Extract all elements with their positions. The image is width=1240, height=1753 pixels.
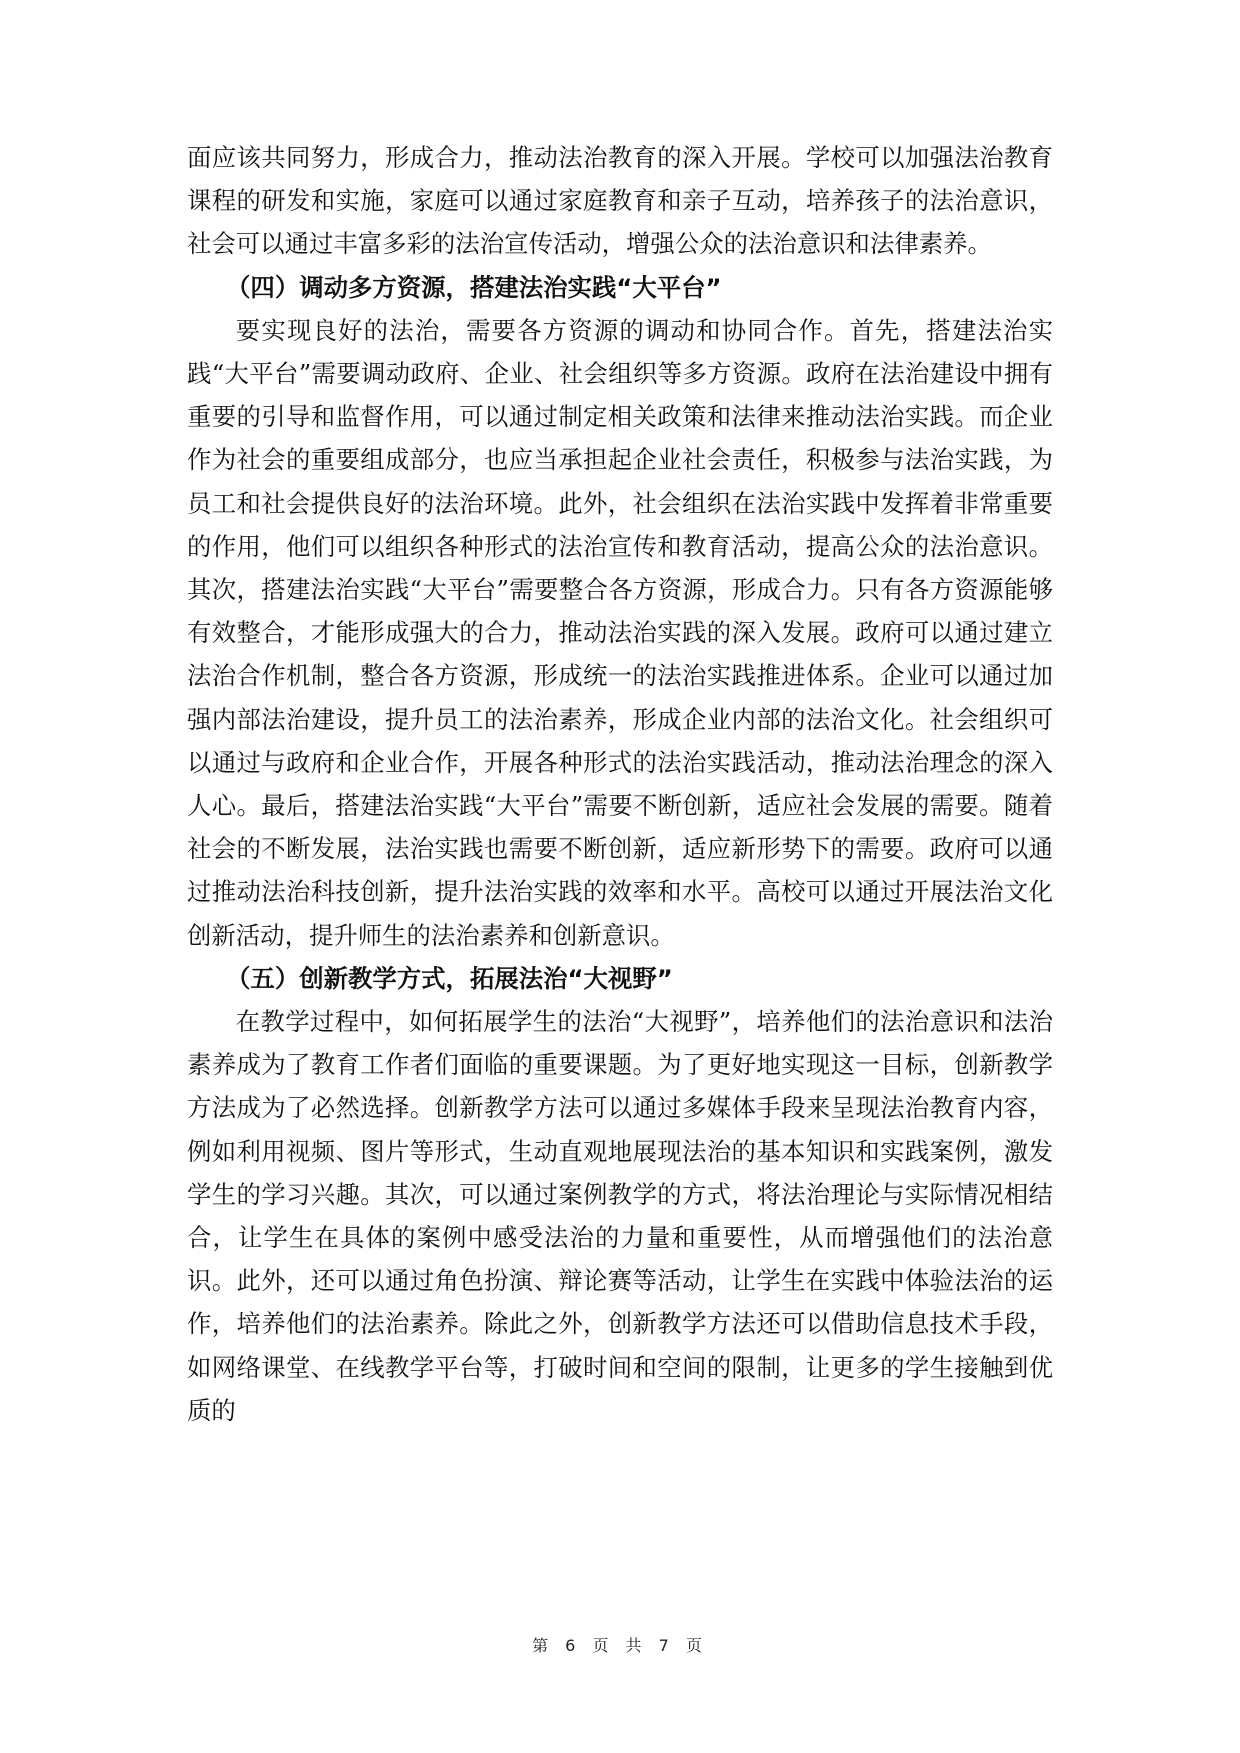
paragraph-section-5: 在教学过程中，如何拓展学生的法治“大视野”，培养他们的法治意识和法治素养成为了教…: [187, 1000, 1053, 1432]
section-heading-4: （四）调动多方资源，搭建法治实践“大平台”: [187, 266, 1053, 309]
document-body: 面应该共同努力，形成合力，推动法治教育的深入开展。学校可以加强法治教育课程的研发…: [187, 136, 1053, 1432]
paragraph-section-4: 要实现良好的法治，需要各方资源的调动和协同合作。首先，搭建法治实践“大平台”需要…: [187, 309, 1053, 957]
paragraph-continuation: 面应该共同努力，形成合力，推动法治教育的深入开展。学校可以加强法治教育课程的研发…: [187, 136, 1053, 266]
page-number-footer: 第 6 页 共 7 页: [0, 1633, 1240, 1656]
section-heading-5: （五）创新教学方式，拓展法治“大视野”: [187, 957, 1053, 1000]
document-page: 面应该共同努力，形成合力，推动法治教育的深入开展。学校可以加强法治教育课程的研发…: [0, 0, 1240, 1753]
